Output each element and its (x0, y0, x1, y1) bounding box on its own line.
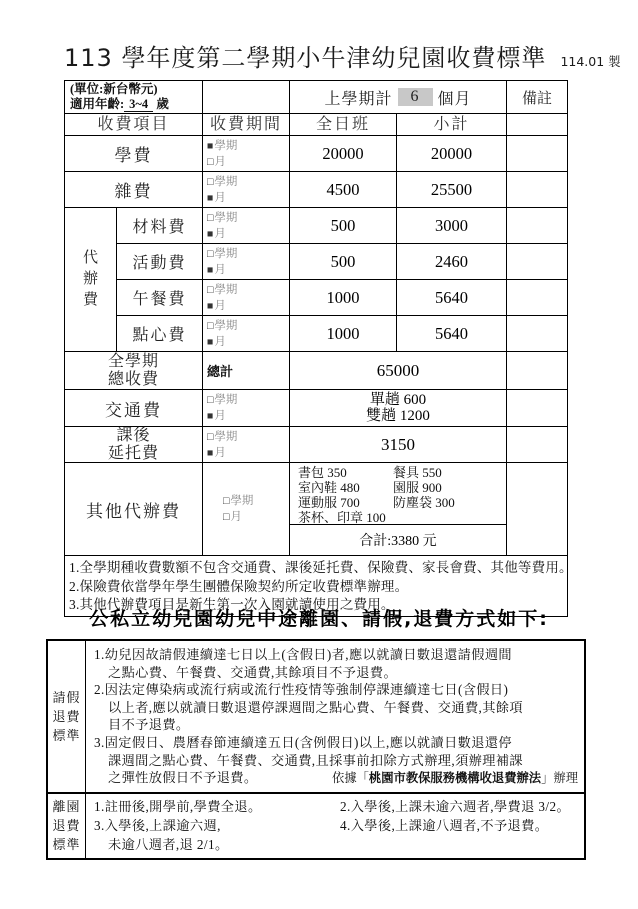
fullday-value: 4500 (290, 172, 397, 207)
subtotal-value: 3000 (397, 208, 507, 243)
item-sportswear: 運動服 700 (298, 495, 393, 510)
other-items-cell: 書包 350 室內鞋 480 運動服 700 茶杯、印章 100 餐具 550 … (290, 463, 507, 555)
afterschool-label: 課後 延托費 (65, 427, 203, 462)
fee-schedule-table: (單位:新台幣元) 適用年齡:3~4 歲 上學期計 6 個月 備註 收費項目 收… (64, 80, 568, 617)
footnote-2: 2.保險費依當學年學生團體保險契約所定收費標準辦理。 (69, 578, 563, 597)
remark-empty (507, 208, 567, 243)
title-row: 113 學年度第二學期小牛津幼兒園收費標準 114.01 製 (64, 38, 608, 73)
one-way-fare: 單趟 600 (370, 392, 426, 409)
checkbox-month: ■ (207, 193, 213, 204)
subtotal-value: 5640 (397, 316, 507, 351)
withdraw-rule-4: 4.入學後,上課逾八週者,不予退費。 (340, 816, 578, 835)
semester-months-cell: 上學期計 6 個月 (290, 81, 507, 113)
remark-empty (507, 244, 567, 279)
period-cell: □學期 ■月 (203, 427, 290, 462)
remark-empty (507, 280, 567, 315)
row-transport-fee: 交通費 □學期 ■月 單趟 600 雙趟 1200 (65, 390, 567, 427)
period-cell: □學期 ■月 (203, 280, 290, 315)
col-header-item: 收費項目 (65, 114, 203, 135)
column-header-row: 收費項目 收費期間 全日班 小計 (65, 114, 567, 136)
row-misc-fee: 雜費 □學期 ■月 4500 25500 (65, 172, 567, 208)
period-cell: ■學期 □月 (203, 136, 290, 171)
made-date-note: 114.01 製 (560, 52, 620, 70)
checkbox-semester: ■ (207, 141, 213, 152)
unit-age-cell: (單位:新台幣元) 適用年齡:3~4 歲 (65, 81, 203, 113)
agency-fee-group: 代辦費 材料費 □學期 ■月 500 3000 活動費 □學期 ■月 (65, 208, 567, 352)
row-other-agency-fee: 其他代辦費 □學期 □月 書包 350 室內鞋 480 運動服 700 茶杯、印… (65, 463, 567, 556)
fullday-value: 500 (290, 244, 397, 279)
age-line: 適用年齡:3~4 歲 (70, 97, 202, 112)
fullday-value: 1000 (290, 316, 397, 351)
col-header-period: 收費期間 (203, 114, 290, 135)
item-cup-stamp: 茶杯、印章 100 (298, 510, 393, 525)
remark-empty (507, 427, 567, 462)
subtotal-value: 2460 (397, 244, 507, 279)
total-label: 全學期 總收費 (65, 352, 203, 389)
empty-header-cell (203, 81, 290, 113)
age-value: 3~4 (124, 97, 153, 112)
withdrawal-refund-section: 離園 退費 標準 1.註冊後,開學前,學費全退。 2.入學後,上課未逾六週者,學… (48, 794, 584, 858)
checkbox-semester: □ (223, 496, 229, 507)
afterschool-value: 3150 (290, 427, 507, 462)
checkbox-month: ■ (207, 411, 213, 422)
round-trip-fare: 雙趟 1200 (366, 408, 430, 425)
item-tableware: 餐具 550 (393, 465, 503, 480)
col-header-remark-empty (507, 114, 567, 135)
refund-policy-table: 請假 退費 標準 1.幼兒因故請假連續達七日以上(含假日)者,應以就讀日數退還請… (46, 639, 586, 860)
regulation-name: 桃園市教保服務機構收退費辦法 (369, 771, 541, 785)
table-header-row: (單位:新台幣元) 適用年齡:3~4 歲 上學期計 6 個月 備註 (65, 81, 567, 114)
row-activity-fee: 活動費 □學期 ■月 500 2460 (117, 244, 567, 280)
remark-empty (507, 390, 567, 426)
subtotal-value: 5640 (397, 280, 507, 315)
subtotal-value: 25500 (397, 172, 507, 207)
unit-label: (單位:新台幣元) (70, 82, 202, 97)
checkbox-semester: □ (207, 432, 213, 443)
row-semester-total: 全學期 總收費 總計 65000 (65, 352, 567, 390)
item-schoolbag: 書包 350 (298, 465, 393, 480)
withdraw-rule-1: 1.註冊後,開學前,學費全退。 (94, 797, 340, 816)
remark-empty (507, 136, 567, 171)
remark-empty (507, 172, 567, 207)
remarks-header: 備註 (507, 81, 567, 113)
row-snack-fee: 點心費 □學期 ■月 1000 5640 (117, 316, 567, 351)
period-cell: □學期 ■月 (203, 172, 290, 207)
total-period-cell: 總計 (203, 352, 290, 389)
checkbox-semester: □ (207, 249, 213, 260)
remark-empty (507, 352, 567, 389)
withdraw-rule-3-cont: 未逾八週者,退 2/1。 (94, 835, 340, 854)
col-header-subtotal: 小計 (397, 114, 507, 135)
transport-values: 單趟 600 雙趟 1200 (290, 390, 507, 426)
page-title: 113 學年度第二學期小牛津幼兒園收費標準 (64, 38, 546, 73)
legal-basis-note: 依據「桃園市教保服務機構收退費辦法」辦理 (332, 770, 578, 788)
item-uniform: 園服 900 (393, 480, 503, 495)
group-label-cell: 代辦費 (65, 208, 117, 351)
semester-total-value: 65000 (290, 352, 507, 389)
period-cell: □學期 ■月 (203, 208, 290, 243)
subtotal-value: 20000 (397, 136, 507, 171)
item-dust-bag: 防塵袋 300 (393, 495, 503, 510)
footnote-1: 1.全學期種收費數額不包含交通費、課後延托費、保險費、家長會費、其他等費用。 (69, 559, 563, 578)
leave-refund-rules: 1.幼兒因故請假連續達七日以上(含假日)者,應以就讀日數退還請假週間 之點心費、… (86, 641, 584, 792)
leave-refund-label: 請假 退費 標準 (48, 641, 86, 792)
withdraw-rule-2: 2.入學後,上課未逾六週者,學費退 3/2。 (340, 797, 578, 816)
period-cell: □學期 ■月 (203, 390, 290, 426)
fullday-value: 20000 (290, 136, 397, 171)
row-afterschool-care-fee: 課後 延托費 □學期 ■月 3150 (65, 427, 567, 463)
withdraw-rule-3: 3.入學後,上課逾六週, (94, 816, 340, 835)
checkbox-semester: □ (207, 177, 213, 188)
checkbox-semester: □ (207, 321, 213, 332)
checkbox-semester: □ (207, 395, 213, 406)
period-cell: □學期 ■月 (203, 316, 290, 351)
checkbox-month: ■ (207, 301, 213, 312)
checkbox-month: ■ (207, 448, 213, 459)
remark-empty (507, 463, 567, 555)
other-items-total: 合計:3380 元 (290, 525, 506, 554)
row-lunch-fee: 午餐費 □學期 ■月 1000 5640 (117, 280, 567, 316)
months-value-highlight: 6 (398, 88, 433, 106)
period-cell: □學期 ■月 (203, 244, 290, 279)
row-tuition: 學費 ■學期 □月 20000 20000 (65, 136, 567, 172)
withdrawal-refund-label: 離園 退費 標準 (48, 794, 86, 858)
checkbox-month: □ (207, 157, 213, 168)
row-materials-fee: 材料費 □學期 ■月 500 3000 (117, 208, 567, 244)
checkbox-semester: □ (207, 285, 213, 296)
fullday-value: 1000 (290, 280, 397, 315)
refund-section-heading: 公私立幼兒園幼兒中途離園、請假,退費方式如下: (0, 604, 638, 631)
fullday-value: 500 (290, 208, 397, 243)
group-label: 代辦費 (83, 248, 98, 311)
checkbox-semester: □ (207, 213, 213, 224)
remark-empty (507, 316, 567, 351)
checkbox-month: ■ (207, 337, 213, 348)
checkbox-month: □ (223, 512, 229, 523)
leave-refund-section: 請假 退費 標準 1.幼兒因故請假連續達七日以上(含假日)者,應以就讀日數退還請… (48, 641, 584, 794)
period-cell: □學期 □月 (203, 463, 290, 555)
item-indoor-shoes: 室內鞋 480 (298, 480, 393, 495)
col-header-fullday: 全日班 (290, 114, 397, 135)
checkbox-month: ■ (207, 265, 213, 276)
withdrawal-refund-rules: 1.註冊後,開學前,學費全退。 2.入學後,上課未逾六週者,學費退 3/2。 3… (86, 794, 584, 858)
checkbox-month: ■ (207, 229, 213, 240)
document-page: { "colors": { "highlight": "#c8c8c8", "m… (0, 0, 638, 909)
